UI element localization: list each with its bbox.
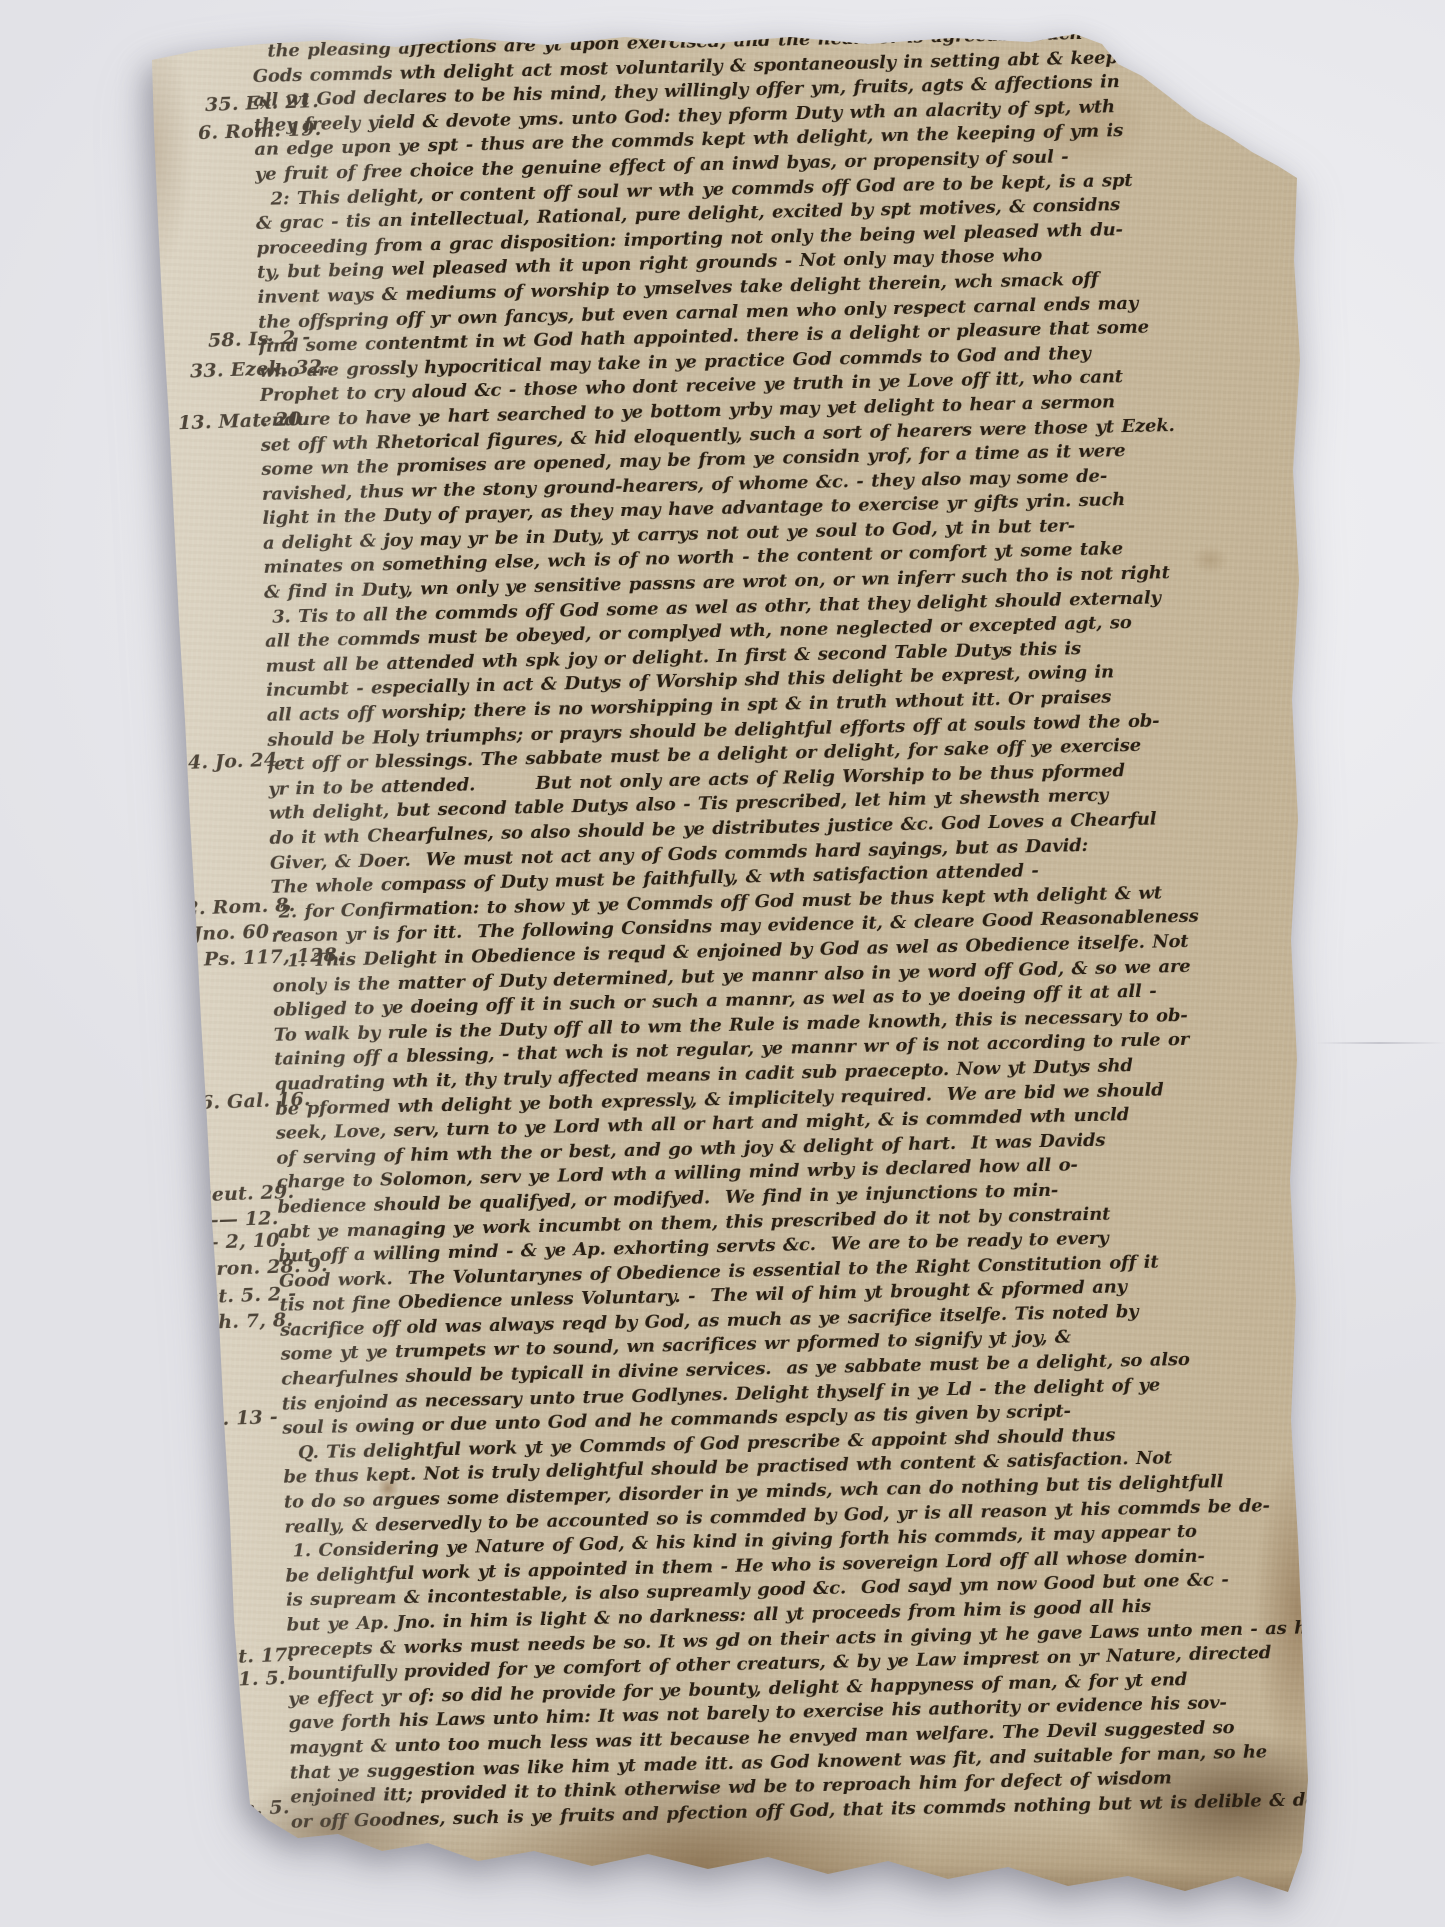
- manuscript-sheet: 35. Ex. 21.6. Rom. 19.58. Is. 2 -33. Eze…: [0, 0, 1445, 1927]
- margin-reference: 3. Gen. 5.: [186, 1796, 290, 1822]
- margin-reference: 6. Jno. 60 -: [166, 920, 285, 946]
- margin-reference: 1. Pet. 5. 2 -: [165, 1283, 297, 1310]
- manuscript-photo: 35. Ex. 21.6. Rom. 19.58. Is. 2 -33. Eze…: [0, 0, 1445, 1927]
- margin-reference: 1. Jno. 1. 5.: [162, 1667, 286, 1693]
- margin-reference: 6. Eph. 7, 8.: [163, 1309, 294, 1336]
- margin-reference: 4. Deut. 29.: [168, 1181, 295, 1207]
- sheet-shadow: 35. Ex. 21.6. Rom. 19.58. Is. 2 -33. Eze…: [0, 0, 1445, 1927]
- margin-reference: 58. Is. 13 -: [162, 1406, 279, 1432]
- ink-layer: 35. Ex. 21.6. Rom. 19.58. Is. 2 -33. Eze…: [0, 0, 1445, 1927]
- body-text: the pleasing affections are yt upon exer…: [252, 17, 1349, 1835]
- margin-reference: 30 — 2, 10.: [166, 1229, 287, 1255]
